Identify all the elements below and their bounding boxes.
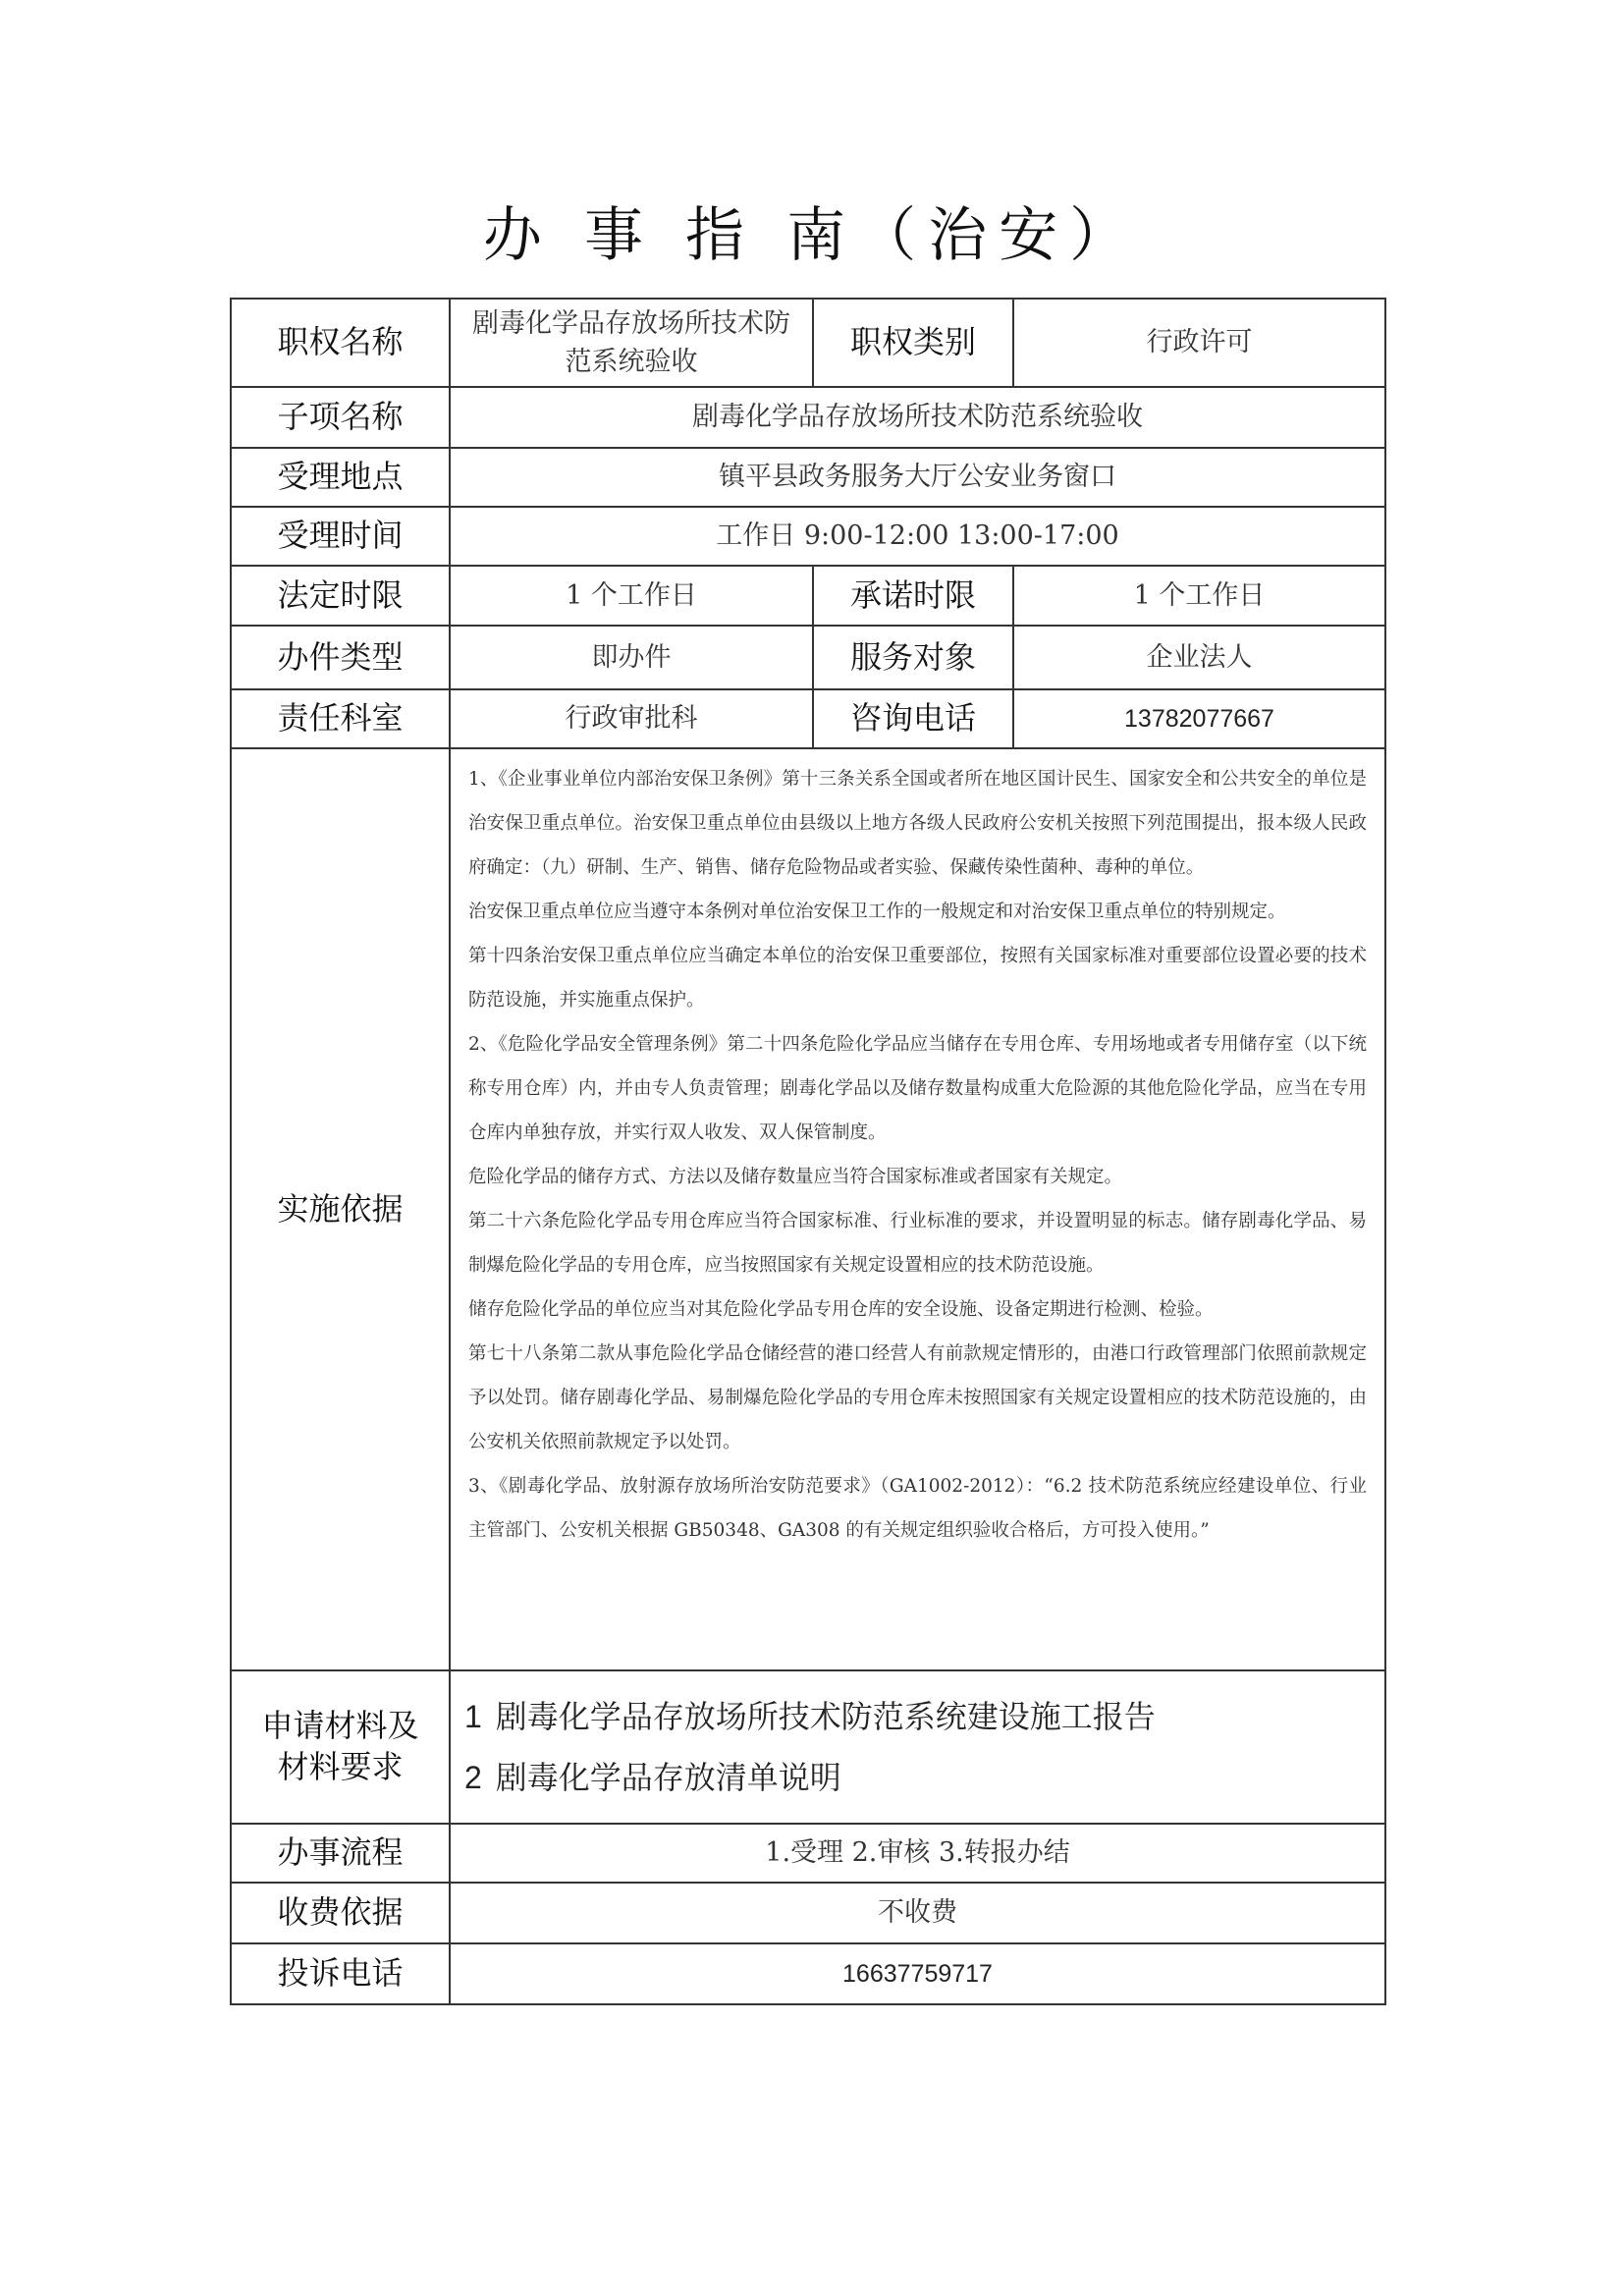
basis-paragraph: 危险化学品的储存方式、方法以及储存数量应当符合国家标准或者国家有关规定。 <box>468 1155 1367 1199</box>
basis-paragraph: 第十四条治安保卫重点单位应当确定本单位的治安保卫重要部位，按照有关国家标准对重要… <box>468 934 1367 1022</box>
materials-label-line1: 申请材料及 <box>232 1706 449 1747</box>
basis-paragraph: 2、《危险化学品安全管理条例》第二十四条危险化学品应当储存在专用仓库、专用场地或… <box>468 1022 1367 1155</box>
material-item: 2剧毒化学品存放清单说明 <box>464 1747 1384 1808</box>
row-department: 责任科室 行政审批科 咨询电话 13782077667 <box>231 689 1385 748</box>
authority-type-value: 行政许可 <box>1013 299 1385 387</box>
materials-label-line2: 材料要求 <box>232 1747 449 1788</box>
promised-limit-label: 承诺时限 <box>813 566 1013 626</box>
basis-paragraph: 1、《企业事业单位内部治安保卫条例》第十三条关系全国或者所在地区国计民生、国家安… <box>468 757 1367 890</box>
row-process: 办事流程 1.受理 2.审核 3.转报办结 <box>231 1824 1385 1883</box>
legal-limit-label: 法定时限 <box>231 566 450 626</box>
consult-phone-label: 咨询电话 <box>813 689 1013 748</box>
department-label: 责任科室 <box>231 689 450 748</box>
fee-value: 不收费 <box>450 1883 1385 1943</box>
row-hours: 受理时间 工作日 9:00-12:00 13:00-17:00 <box>231 507 1385 566</box>
service-guide-table: 职权名称 剧毒化学品存放场所技术防范系统验收 职权类别 行政许可 子项名称 剧毒… <box>230 298 1386 2005</box>
complaint-phone-label: 投诉电话 <box>231 1943 450 2004</box>
row-location: 受理地点 镇平县政务服务大厅公安业务窗口 <box>231 448 1385 507</box>
row-case-type: 办件类型 即办件 服务对象 企业法人 <box>231 626 1385 689</box>
basis-content: 1、《企业事业单位内部治安保卫条例》第十三条关系全国或者所在地区国计民生、国家安… <box>450 748 1385 1670</box>
legal-limit-value: 1 个工作日 <box>450 566 813 626</box>
basis-label: 实施依据 <box>231 748 450 1670</box>
department-value: 行政审批科 <box>450 689 813 748</box>
material-number: 2 <box>464 1760 482 1795</box>
basis-paragraph: 第七十八条第二款从事危险化学品仓储经营的港口经营人有前款规定情形的，由港口行政管… <box>468 1332 1367 1464</box>
location-value: 镇平县政务服务大厅公安业务窗口 <box>450 448 1385 507</box>
basis-paragraph: 第二十六条危险化学品专用仓库应当符合国家标准、行业标准的要求，并设置明显的标志。… <box>468 1199 1367 1287</box>
consult-phone-value: 13782077667 <box>1013 689 1385 748</box>
materials-list: 1剧毒化学品存放场所技术防范系统建设施工报告 2剧毒化学品存放清单说明 <box>450 1670 1385 1824</box>
service-target-value: 企业法人 <box>1013 626 1385 689</box>
case-type-value: 即办件 <box>450 626 813 689</box>
row-authority: 职权名称 剧毒化学品存放场所技术防范系统验收 职权类别 行政许可 <box>231 299 1385 387</box>
hours-value: 工作日 9:00-12:00 13:00-17:00 <box>450 507 1385 566</box>
row-materials: 申请材料及 材料要求 1剧毒化学品存放场所技术防范系统建设施工报告 2剧毒化学品… <box>231 1670 1385 1824</box>
material-text: 剧毒化学品存放清单说明 <box>496 1759 841 1796</box>
sub-item-value: 剧毒化学品存放场所技术防范系统验收 <box>450 387 1385 448</box>
promised-limit-value: 1 个工作日 <box>1013 566 1385 626</box>
process-value: 1.受理 2.审核 3.转报办结 <box>450 1824 1385 1883</box>
basis-paragraph: 治安保卫重点单位应当遵守本条例对单位治安保卫工作的一般规定和对治安保卫重点单位的… <box>468 890 1367 934</box>
sub-item-label: 子项名称 <box>231 387 450 448</box>
authority-name-label: 职权名称 <box>231 299 450 387</box>
row-fee: 收费依据 不收费 <box>231 1883 1385 1943</box>
complaint-phone-value: 16637759717 <box>450 1943 1385 2004</box>
row-time-limits: 法定时限 1 个工作日 承诺时限 1 个工作日 <box>231 566 1385 626</box>
case-type-label: 办件类型 <box>231 626 450 689</box>
material-number: 1 <box>464 1699 482 1734</box>
material-item: 1剧毒化学品存放场所技术防范系统建设施工报告 <box>464 1686 1384 1747</box>
authority-name-value: 剧毒化学品存放场所技术防范系统验收 <box>450 299 813 387</box>
fee-label: 收费依据 <box>231 1883 450 1943</box>
service-target-label: 服务对象 <box>813 626 1013 689</box>
page-title: 办 事 指 南（治安） <box>0 196 1623 275</box>
material-text: 剧毒化学品存放场所技术防范系统建设施工报告 <box>496 1698 1156 1735</box>
location-label: 受理地点 <box>231 448 450 507</box>
authority-type-label: 职权类别 <box>813 299 1013 387</box>
row-basis: 实施依据 1、《企业事业单位内部治安保卫条例》第十三条关系全国或者所在地区国计民… <box>231 748 1385 1670</box>
basis-paragraph: 储存危险化学品的单位应当对其危险化学品专用仓库的安全设施、设备定期进行检测、检验… <box>468 1287 1367 1332</box>
basis-paragraph: 3、《剧毒化学品、放射源存放场所治安防范要求》（GA1002-2012）：“6.… <box>468 1464 1367 1553</box>
materials-label: 申请材料及 材料要求 <box>231 1670 450 1824</box>
row-complaint-phone: 投诉电话 16637759717 <box>231 1943 1385 2004</box>
process-label: 办事流程 <box>231 1824 450 1883</box>
row-sub-item: 子项名称 剧毒化学品存放场所技术防范系统验收 <box>231 387 1385 448</box>
hours-label: 受理时间 <box>231 507 450 566</box>
